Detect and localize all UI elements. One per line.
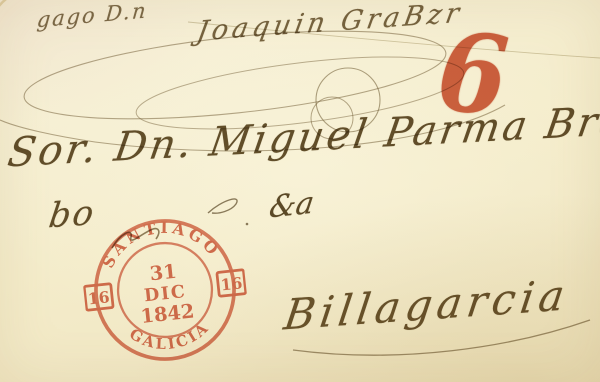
santiago-datestamp: SANTIAGO GALICIA 31 DIC 1842 16 16 bbox=[76, 206, 253, 374]
address-line-1: Sor. Dn. Miguel Parma Bra bbox=[5, 98, 600, 177]
destination-name: Billagarcia bbox=[281, 270, 572, 340]
stamp-day: 31 bbox=[149, 260, 178, 286]
datestamp-graphic: SANTIAGO GALICIA 31 DIC 1842 16 16 bbox=[76, 206, 253, 374]
postal-cover: gago D.n Joaquin GraBzr 6 Sor. Dn. Migue… bbox=[0, 0, 600, 382]
sender-signature: Joaquin GraBzr bbox=[194, 0, 465, 47]
stamp-year: 1842 bbox=[140, 299, 196, 327]
stamp-right-box-value: 16 bbox=[220, 273, 244, 294]
address-etcetera: &a bbox=[267, 185, 316, 225]
ink-dot bbox=[246, 223, 249, 226]
stamp-left-box-value: 16 bbox=[87, 287, 111, 308]
manuscript-docket: gago D.n bbox=[36, 0, 149, 32]
